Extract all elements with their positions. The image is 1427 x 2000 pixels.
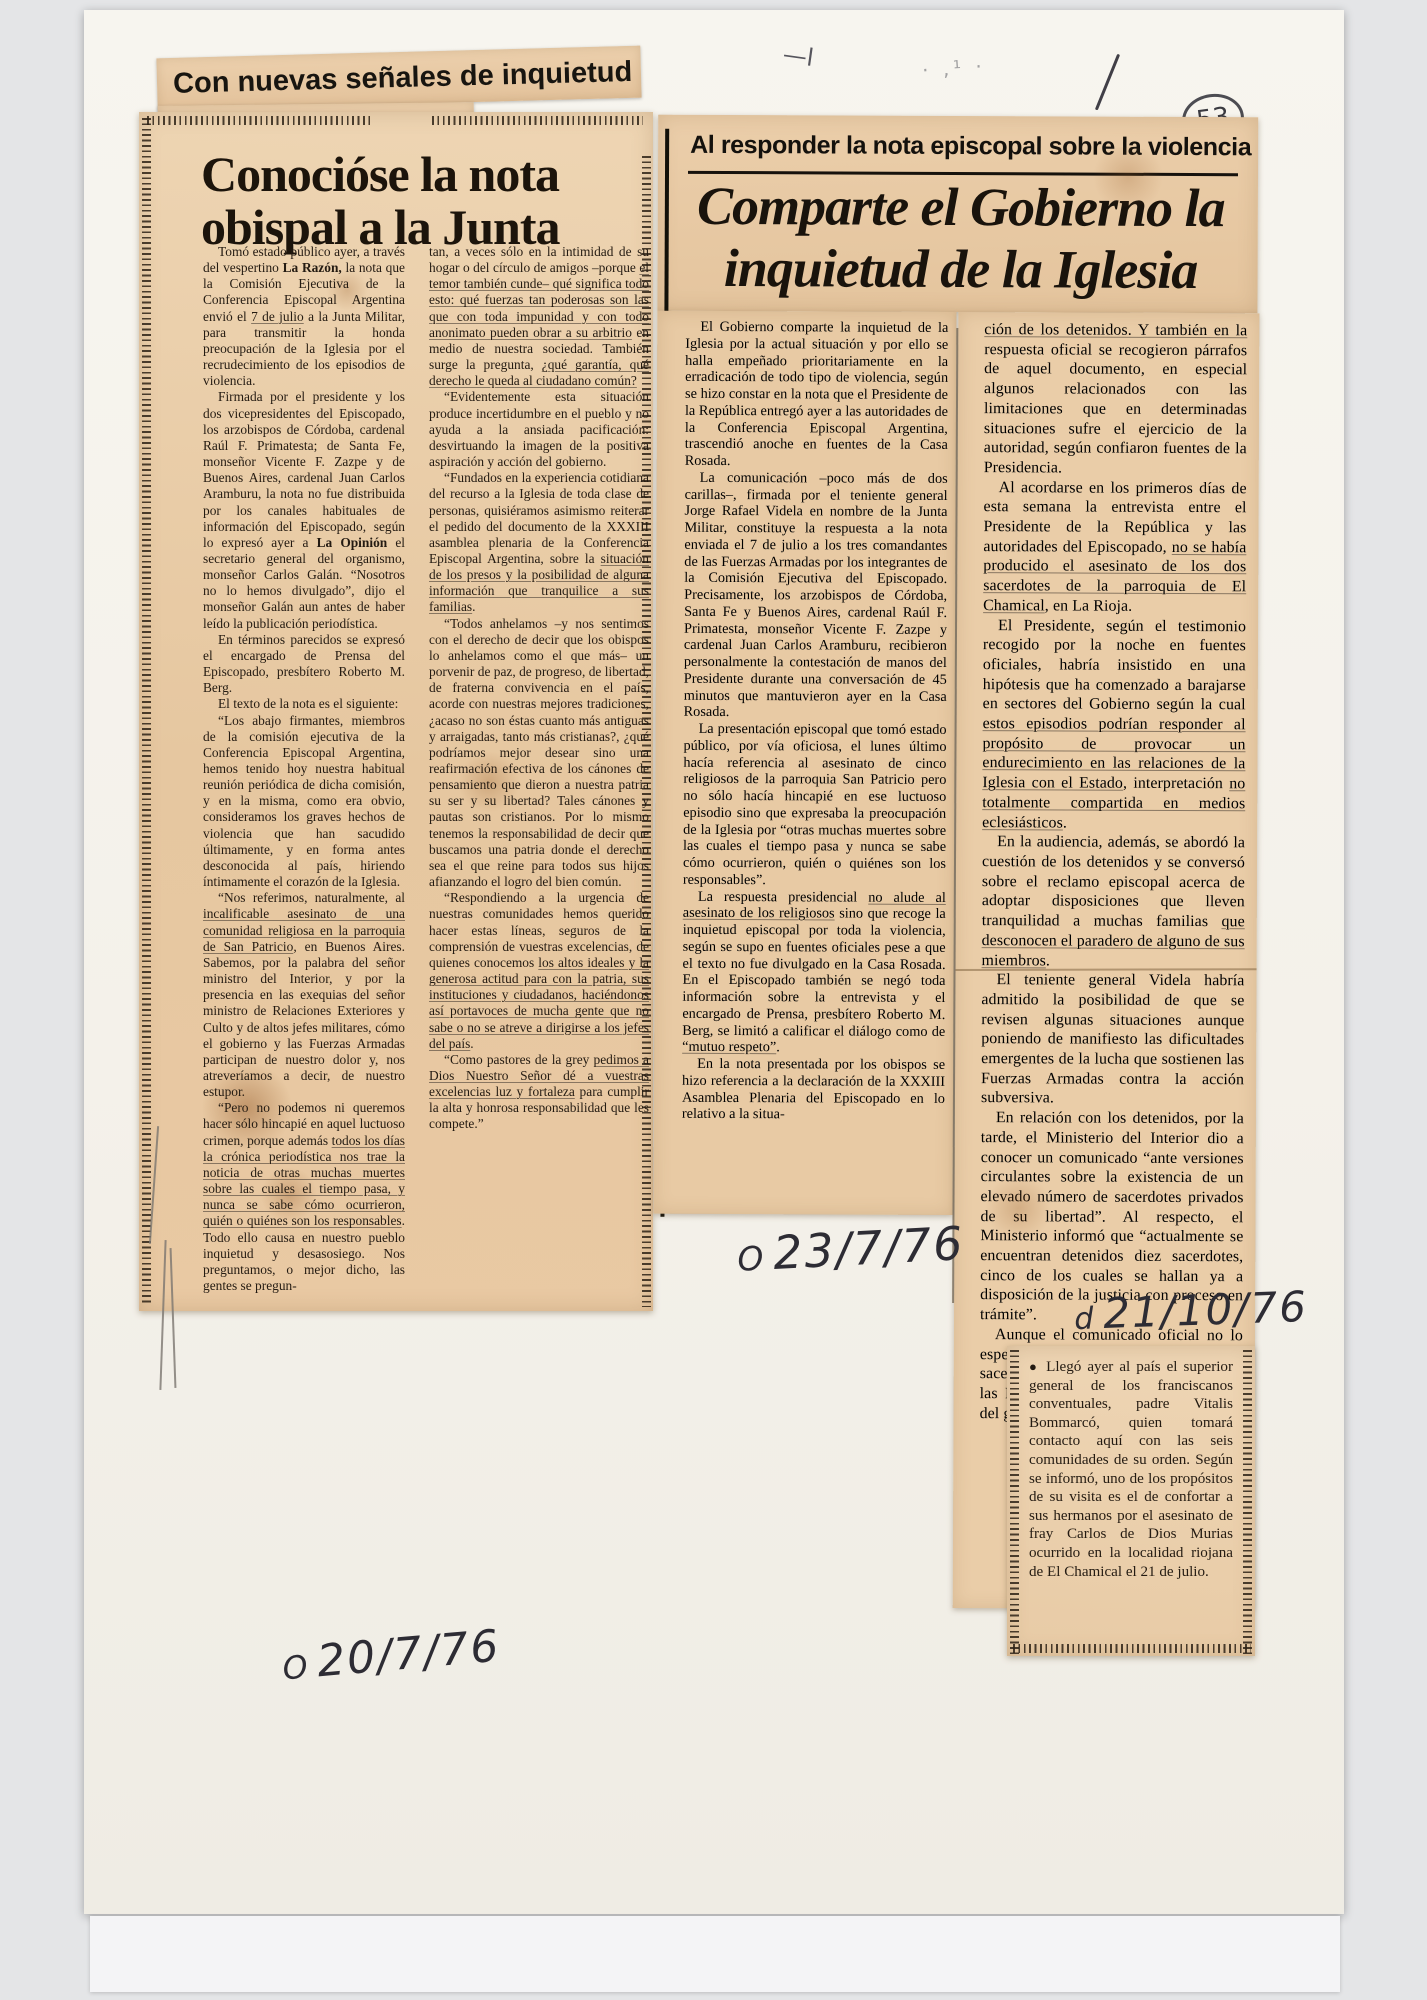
left-article-body: Tomó estado público ayer, a través del v…: [203, 244, 649, 1302]
pencil-scribble: —l: [781, 40, 815, 72]
brief-article-text: Llegó ayer al país el superior general d…: [1029, 1359, 1233, 1580]
left-article-clipping: Conocióse la nota obispal a la Junta Tom…: [139, 112, 653, 1311]
right-article-kicker: Al responder la nota episcopal sobre la …: [690, 131, 1250, 162]
brief-article-clipping: ●Llegó ayer al país el superior general …: [1007, 1346, 1255, 1656]
headline-line2: inquietud de la Iglesia: [671, 237, 1249, 302]
date-mark: O: [281, 1649, 309, 1687]
right-article-column-1: El Gobierno comparte la inquietud de la …: [653, 311, 956, 1215]
left-article-headline: Conocióse la nota obispal a la Junta: [201, 148, 651, 254]
perforation-ticks-right-edge: [1243, 1350, 1252, 1654]
pencil-scribble-faint: · ,¹ ·: [921, 54, 986, 82]
date-mark: O: [736, 1239, 764, 1279]
left-article-column-2: tan, a veces sólo en la intimidad de su …: [429, 244, 649, 1302]
kicker-line1-text: Con nuevas señales de inquietud: [173, 56, 633, 100]
brief-article-body: ●Llegó ayer al país el superior general …: [1029, 1358, 1233, 1648]
date-text: 23/7/76: [772, 1216, 966, 1280]
headline-line1: Comparte el Gobierno la: [672, 175, 1250, 240]
perforation-ticks-left-edge: [142, 118, 151, 1305]
right-article-header-block: Al responder la nota episcopal sobre la …: [657, 115, 1258, 314]
scanned-archive-page: { "page": { "page_number": "53", "scribb…: [0, 0, 1427, 2000]
right-article-headline: Comparte el Gobierno la inquietud de la …: [671, 175, 1250, 302]
perforation-ticks-left-edge: [1010, 1350, 1019, 1654]
left-article-column-1: Tomó estado público ayer, a través del v…: [203, 244, 405, 1302]
under-sheet-edge: [90, 1916, 1340, 1992]
date-text: 21/10/76: [1102, 1282, 1308, 1338]
handwritten-date-21-10-76: d21/10/76: [1073, 1282, 1308, 1339]
date-mark: d: [1074, 1301, 1094, 1337]
bullet-icon: ●: [1029, 1359, 1039, 1374]
headline-line1: Conocióse la nota: [201, 148, 651, 201]
perforation-ticks-top-right: [432, 116, 643, 125]
perforation-ticks-top-left: [147, 116, 373, 125]
